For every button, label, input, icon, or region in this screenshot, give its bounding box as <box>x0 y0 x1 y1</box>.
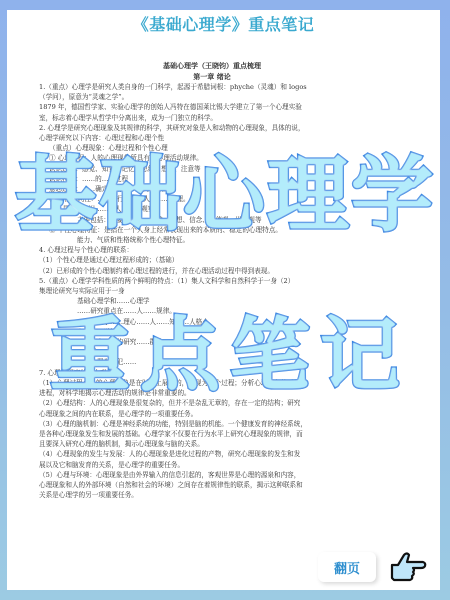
doc-line: （5）心理与环境：心理现象是由外界输入的信息引起的，客观世界是心理的源泉和内容， <box>39 470 385 480</box>
doc-line: 心理现象之间的内在联系，是心理学的一项重要任务。 <box>39 409 385 419</box>
overlay-title-line2: 重点笔记 <box>20 308 440 403</box>
doc-line: 1879 年，德国哲学家、实验心理学的创始人冯特在德国莱比锡大学建立了第一个心理… <box>39 102 385 112</box>
doc-line: 且要深入研究心理的脑机制，揭示心理现象与脑的关系。 <box>39 439 385 449</box>
doc-line: 1.（重点）心理学是研究人类自身的一门科学，起源于希腊词根：phyche（灵魂）… <box>39 82 385 92</box>
doc-line: （学问），原意为“灵魂之学”。 <box>39 92 385 102</box>
document-body: 基础心理学（王晓钧）重点梳理 第一章 绪论 1.（重点）心理学是研究人类自身的一… <box>39 60 385 500</box>
pointing-hand-icon <box>388 551 428 585</box>
doc-line: 5.（重点）心理学学科性质的两个鲜明的特点：（1）集人文科学和自然科学于一身（2… <box>39 276 385 286</box>
doc-line: （4）心理现象的发生与发展：人的心理现象是进化过程的产物，研究心理现象的发生和发 <box>39 449 385 459</box>
doc-line: 是各种心理现象发生和发展的基础。心理学家不仅要在行为水平上研究心理现象的规律，而 <box>39 429 385 439</box>
document-title: 基础心理学（王晓钧）重点梳理 <box>39 60 385 71</box>
doc-line: 关系是心理学的另一项重要任务。 <box>39 490 385 500</box>
doc-line: （1）个性心理是通过心理过程形成的；（基础） <box>39 255 385 265</box>
doc-line: 2. 心理学是研究心理现象及其规律的科学，其研究对象是人和动物的心理现象，具体的… <box>39 123 385 133</box>
doc-line: （2）已形成的个性心理制约着心理过程的进行，并在心理活动过程中得到表现。 <box>39 266 385 276</box>
page-title: 《基础心理学》重点笔记 <box>7 12 440 35</box>
next-page-button[interactable]: 翻页 <box>318 552 376 582</box>
doc-line: 基础心理学和……心理学 <box>39 296 385 306</box>
doc-line: 室，标志着心理学从哲学中分离出来，成为一门独立的科学。 <box>39 113 385 123</box>
document-card: 《基础心理学》重点笔记 基础心理学（王晓钧）重点梳理 第一章 绪论 1.（重点）… <box>7 10 440 590</box>
doc-line: 心理现象和人的外部环境（自然和社会的环境）之间存在着规律性的联系，揭示这种联系和 <box>39 480 385 490</box>
chapter-heading: 第一章 绪论 <box>39 71 385 82</box>
doc-line: 4. 心理过程与个性心理的联系： <box>39 245 385 255</box>
doc-line: 展以及它和脑发育的关系，是心理学的重要任务。 <box>39 460 385 470</box>
doc-line: 集理论研究与实际应用于一身 <box>39 286 385 296</box>
doc-line: 心理学研究以下内容：心理过程和心理个性 <box>39 133 385 143</box>
overlay-title-line1: 基础心理学 <box>0 148 450 243</box>
doc-line: （3）心理的脑机制：心理是神经系统的功能，特别是脑的机能。一个健康发育的神经系统… <box>39 419 385 429</box>
